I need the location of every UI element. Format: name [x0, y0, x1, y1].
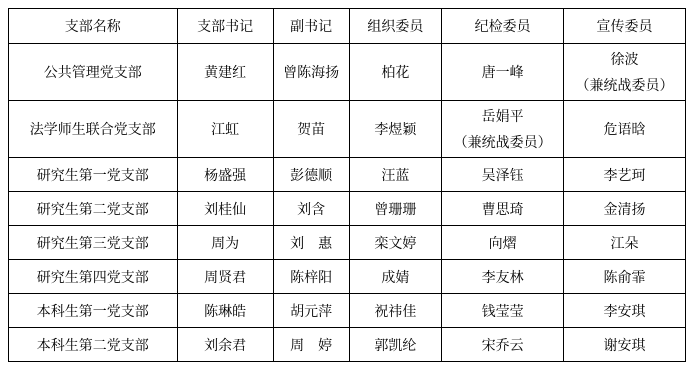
table-row: 研究生第一党支部杨盛强彭德顺汪蓝吴泽钰李艺珂 — [9, 158, 686, 192]
table-row: 本科生第一党支部陈琳皓胡元萍祝祎佳钱莹莹李安琪 — [9, 294, 686, 328]
member-name-cell: 徐波 （兼统战委员） — [564, 44, 686, 101]
member-name-cell: 成婧 — [349, 260, 442, 294]
member-name-cell: 岳娟平 （兼统战委员） — [442, 101, 564, 158]
table-body: 公共管理党支部黄建红曾陈海扬柏花唐一峰徐波 （兼统战委员）法学师生联合党支部江虹… — [9, 44, 686, 362]
party-branch-roster-table: 支部名称支部书记副书记组织委员纪检委员宣传委员 公共管理党支部黄建红曾陈海扬柏花… — [8, 8, 686, 362]
member-name-cell: 谢安琪 — [564, 328, 686, 362]
member-name-cell: 江朵 — [564, 226, 686, 260]
table-row: 法学师生联合党支部江虹贺苗李煜颖岳娟平 （兼统战委员）危语晗 — [9, 101, 686, 158]
header-cell: 支部名称 — [9, 9, 178, 44]
party-branch-roster-table-container: 支部名称支部书记副书记组织委员纪检委员宣传委员 公共管理党支部黄建红曾陈海扬柏花… — [8, 8, 686, 362]
member-name-cell: 李艺珂 — [564, 158, 686, 192]
member-name-cell: 危语晗 — [564, 101, 686, 158]
table-row: 研究生第四党支部周贤君陈梓阳成婧李友林陈俞霏 — [9, 260, 686, 294]
member-name-cell: 刘桂仙 — [177, 192, 273, 226]
member-name-cell: 黄建红 — [177, 44, 273, 101]
member-name-cell: 柏花 — [349, 44, 442, 101]
member-name-cell: 彭德顺 — [273, 158, 349, 192]
member-name-cell: 李友林 — [442, 260, 564, 294]
table-row: 公共管理党支部黄建红曾陈海扬柏花唐一峰徐波 （兼统战委员） — [9, 44, 686, 101]
member-name-cell: 陈琳皓 — [177, 294, 273, 328]
member-name-cell: 周贤君 — [177, 260, 273, 294]
member-name-cell: 金清扬 — [564, 192, 686, 226]
member-name-cell: 周为 — [177, 226, 273, 260]
header-cell: 组织委员 — [349, 9, 442, 44]
table-row: 研究生第二党支部刘桂仙刘含曾珊珊曹思琦金清扬 — [9, 192, 686, 226]
branch-name-cell: 研究生第三党支部 — [9, 226, 178, 260]
member-name-cell: 刘含 — [273, 192, 349, 226]
branch-name-cell: 公共管理党支部 — [9, 44, 178, 101]
member-name-cell: 汪蓝 — [349, 158, 442, 192]
branch-name-cell: 本科生第二党支部 — [9, 328, 178, 362]
member-name-cell: 宋乔云 — [442, 328, 564, 362]
header-cell: 宣传委员 — [564, 9, 686, 44]
branch-name-cell: 研究生第一党支部 — [9, 158, 178, 192]
member-name-cell: 吴泽钰 — [442, 158, 564, 192]
table-row: 研究生第三党支部周为刘 惠栾文婷向熠江朵 — [9, 226, 686, 260]
member-name-cell: 栾文婷 — [349, 226, 442, 260]
member-name-cell: 胡元萍 — [273, 294, 349, 328]
member-name-cell: 李安琪 — [564, 294, 686, 328]
member-name-cell: 贺苗 — [273, 101, 349, 158]
member-name-cell: 郭凯纶 — [349, 328, 442, 362]
header-cell: 支部书记 — [177, 9, 273, 44]
member-name-cell: 刘 惠 — [273, 226, 349, 260]
table-header-row: 支部名称支部书记副书记组织委员纪检委员宣传委员 — [9, 9, 686, 44]
header-cell: 纪检委员 — [442, 9, 564, 44]
header-cell: 副书记 — [273, 9, 349, 44]
member-name-cell: 李煜颖 — [349, 101, 442, 158]
branch-name-cell: 研究生第二党支部 — [9, 192, 178, 226]
member-name-cell: 周 婷 — [273, 328, 349, 362]
table-row: 本科生第二党支部刘余君周 婷郭凯纶宋乔云谢安琪 — [9, 328, 686, 362]
member-name-cell: 曾珊珊 — [349, 192, 442, 226]
member-name-cell: 刘余君 — [177, 328, 273, 362]
member-name-cell: 向熠 — [442, 226, 564, 260]
branch-name-cell: 本科生第一党支部 — [9, 294, 178, 328]
member-name-cell: 陈俞霏 — [564, 260, 686, 294]
member-name-cell: 杨盛强 — [177, 158, 273, 192]
member-name-cell: 钱莹莹 — [442, 294, 564, 328]
member-name-cell: 陈梓阳 — [273, 260, 349, 294]
member-name-cell: 曹思琦 — [442, 192, 564, 226]
member-name-cell: 唐一峰 — [442, 44, 564, 101]
member-name-cell: 江虹 — [177, 101, 273, 158]
branch-name-cell: 研究生第四党支部 — [9, 260, 178, 294]
branch-name-cell: 法学师生联合党支部 — [9, 101, 178, 158]
member-name-cell: 祝祎佳 — [349, 294, 442, 328]
member-name-cell: 曾陈海扬 — [273, 44, 349, 101]
